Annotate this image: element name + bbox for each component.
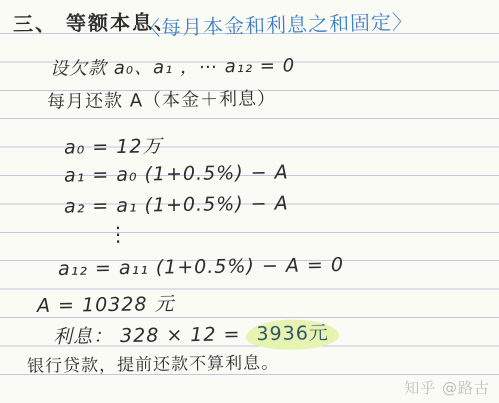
- interest-expression: 利息： 328 × 12 =: [53, 323, 241, 348]
- note-remark-bank-loan: 银行贷款，提前还款不算利息。: [27, 348, 279, 377]
- handwritten-note-page: 三、 等额本息、 〈每月本金和利息之和固定〉 设欠款 a₀、a₁ ，⋯ a₁₂ …: [0, 0, 499, 403]
- result-monthly-payment: A = 10328 元: [37, 289, 175, 318]
- note-line-monthly-payment: 每月还款 A（本金＋利息）: [47, 84, 276, 113]
- zhihu-watermark: 知乎 @路古: [404, 377, 490, 398]
- equation-a1: a₁ = a₀ (1+0.5%) − A: [64, 161, 289, 186]
- equation-a2: a₂ = a₁ (1+0.5%) − A: [64, 192, 289, 217]
- vertical-ellipsis: ⋮: [108, 222, 128, 246]
- equation-a12: a₁₂ = a₁₁ (1+0.5%) − A = 0: [58, 254, 344, 280]
- note-line-debt-setup: 设欠款 a₀、a₁ ，⋯ a₁₂ = 0: [50, 51, 295, 80]
- note-title-annotation: 〈每月本金和利息之和固定〉: [140, 6, 414, 42]
- equation-a0: a₀ = 12万: [64, 131, 163, 159]
- interest-calculation-line: 利息： 328 × 12 =3936元: [53, 318, 339, 349]
- interest-total-highlighted: 3936元: [246, 319, 339, 350]
